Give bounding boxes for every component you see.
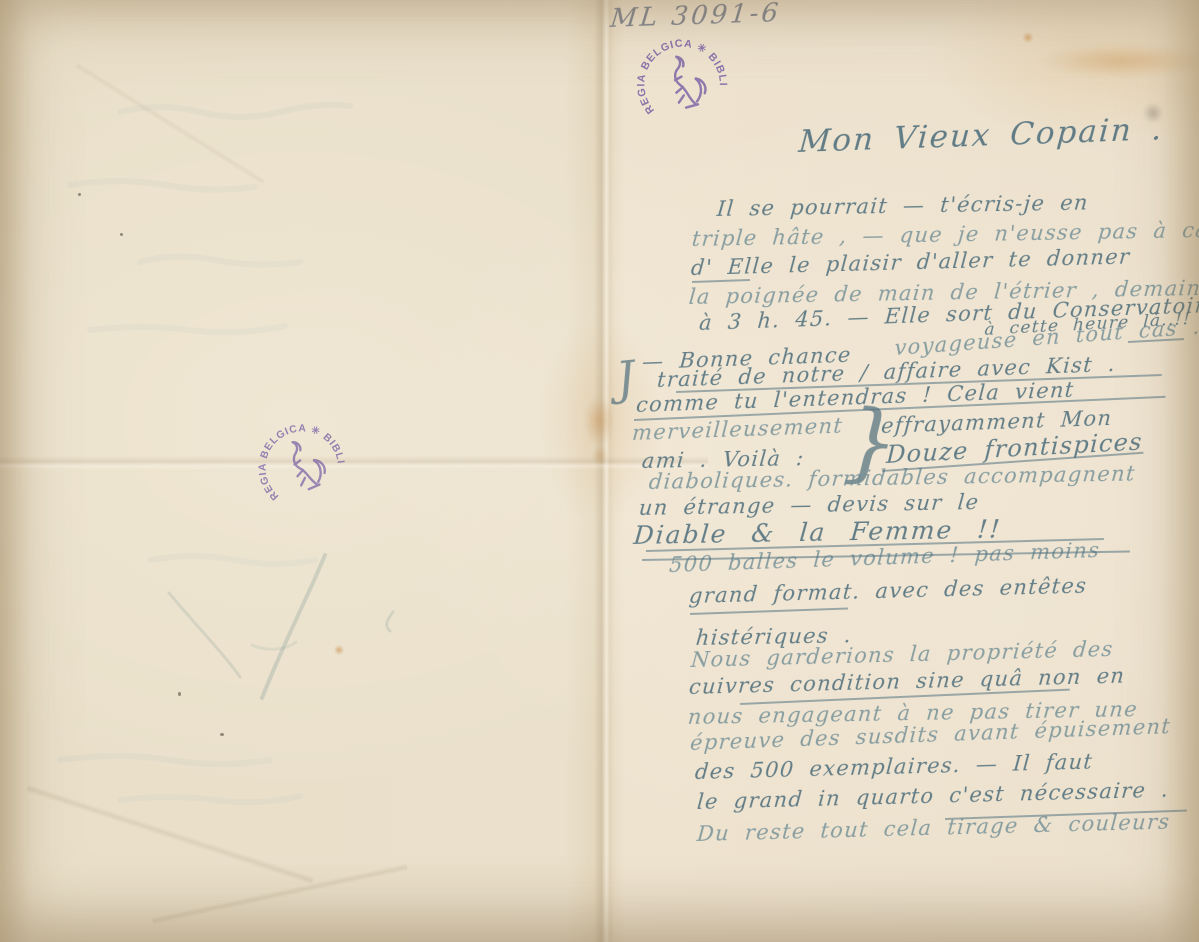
bleedthrough-strokes: [0, 0, 612, 942]
heraldic-lion-icon: [664, 51, 710, 110]
pen-underline: [690, 607, 848, 614]
library-stamp-top: REGIA BELGICA ✳ BIBLIOTHECA ✳: [618, 22, 749, 153]
margin-pen-stroke: J: [614, 354, 637, 402]
letter-line: le grand in quarto c'est nécessaire .: [696, 778, 1170, 814]
foxing-stain: [1038, 44, 1199, 78]
foxing-stain: [1022, 32, 1034, 43]
stamp-ring-text: REGIA BELGICA ✳ BIBLIOTHECA ✳: [618, 22, 733, 121]
letter-line: Il se pourrait — t'écris-je en: [716, 191, 1090, 222]
svg-text:REGIA BELGICA ✳ BIBLIOTHECA ✳: REGIA BELGICA ✳ BIBLIOTHECA ✳: [618, 22, 733, 121]
salutation: Mon Vieux Copain .: [797, 111, 1164, 160]
catalog-number: ML 3091-6: [609, 0, 783, 34]
letter-line: grand format. avec des entêtes: [688, 574, 1088, 608]
letter-line: des 500 exemplaires. — Il faut: [694, 750, 1094, 784]
letter-scan: REGIA BELGICA ✳ BIBLIOTHECA ✳ REGIA BELG…: [0, 0, 1199, 942]
letter-line: Du reste tout cela tirage & couleurs: [696, 810, 1171, 846]
